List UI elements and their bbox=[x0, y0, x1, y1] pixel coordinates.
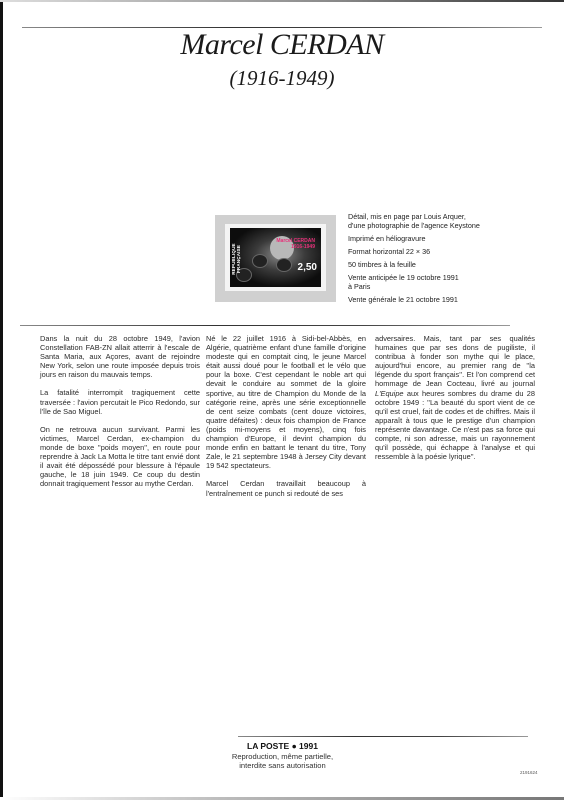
stamp-specs: Détail, mis en page par Louis Arquer, d'… bbox=[348, 212, 528, 308]
specs-sheet: 50 timbres à la feuille bbox=[348, 260, 528, 269]
boxing-glove-icon bbox=[252, 254, 268, 268]
paragraph-text: aux heures sombres du drame du 28 octobr… bbox=[375, 389, 535, 462]
boxing-glove-icon bbox=[276, 258, 292, 272]
page-subtitle: (1916-1949) bbox=[0, 66, 564, 91]
copyright-notice: Reproduction, même partielle, interdite … bbox=[220, 752, 345, 770]
page-title: Marcel CERDAN bbox=[0, 28, 564, 62]
stamp-image-boxers: REPUBLIQUE FRANÇAISE Marcel CERDAN 1916-… bbox=[230, 228, 321, 287]
paragraph: La fatalité interrompit tragiquement cet… bbox=[40, 388, 200, 415]
paragraph: Né le 22 juillet 1916 à Sidi-bel-Abbès, … bbox=[206, 334, 366, 470]
stamp-name: Marcel CERDAN 1916-1949 bbox=[276, 238, 315, 250]
specs-general-sale: Vente générale le 21 octobre 1991 bbox=[348, 295, 528, 304]
paragraph: Dans la nuit du 28 octobre 1949, l'avion… bbox=[40, 334, 200, 379]
paragraph: adversaires. Mais, tant par ses qualités… bbox=[375, 334, 535, 461]
text-column-2: Né le 22 juillet 1916 à Sidi-bel-Abbès, … bbox=[206, 334, 366, 507]
specs-presale-line1: Vente anticipée le 19 octobre 1991 bbox=[348, 273, 459, 282]
notice-line1: Reproduction, même partielle, bbox=[220, 752, 345, 761]
notice-line2: interdite sans autorisation bbox=[220, 761, 345, 770]
middle-divider bbox=[20, 325, 510, 326]
page-edge-top bbox=[0, 0, 564, 2]
paragraph: Marcel Cerdan travaillait beaucoup à l'e… bbox=[206, 479, 366, 497]
stamp: REPUBLIQUE FRANÇAISE Marcel CERDAN 1916-… bbox=[225, 224, 326, 291]
stamp-value: 2,50 bbox=[298, 262, 317, 273]
text-column-1: Dans la nuit du 28 octobre 1949, l'avion… bbox=[40, 334, 200, 497]
stamp-country: REPUBLIQUE FRANÇAISE bbox=[231, 230, 241, 287]
specs-presale: Vente anticipée le 19 octobre 1991 à Par… bbox=[348, 273, 528, 291]
document-code: 2191624 bbox=[520, 770, 538, 775]
paragraph: On ne retrouva aucun survivant. Parmi le… bbox=[40, 425, 200, 489]
specs-detail-line1: Détail, mis en page par Louis Arquer, bbox=[348, 212, 466, 221]
newspaper-name: L'Equipe bbox=[375, 389, 404, 398]
specs-presale-line2: à Paris bbox=[348, 282, 370, 291]
specs-printing: Imprimé en héliogravure bbox=[348, 234, 528, 243]
publisher-label: LA POSTE ● 1991 bbox=[220, 741, 345, 751]
specs-format: Format horizontal 22 × 36 bbox=[348, 247, 528, 256]
page-edge-left bbox=[0, 0, 3, 800]
specs-detail-line2: d'une photographie de l'agence Keystone bbox=[348, 221, 480, 230]
stamp-card: REPUBLIQUE FRANÇAISE Marcel CERDAN 1916-… bbox=[215, 215, 336, 302]
stamp-dates-line: 1916-1949 bbox=[276, 244, 315, 250]
specs-detail: Détail, mis en page par Louis Arquer, d'… bbox=[348, 212, 528, 230]
text-column-3: adversaires. Mais, tant par ses qualités… bbox=[375, 334, 535, 470]
paragraph-text: adversaires. Mais, tant par ses qualités… bbox=[375, 334, 535, 388]
footer-divider bbox=[238, 736, 528, 737]
